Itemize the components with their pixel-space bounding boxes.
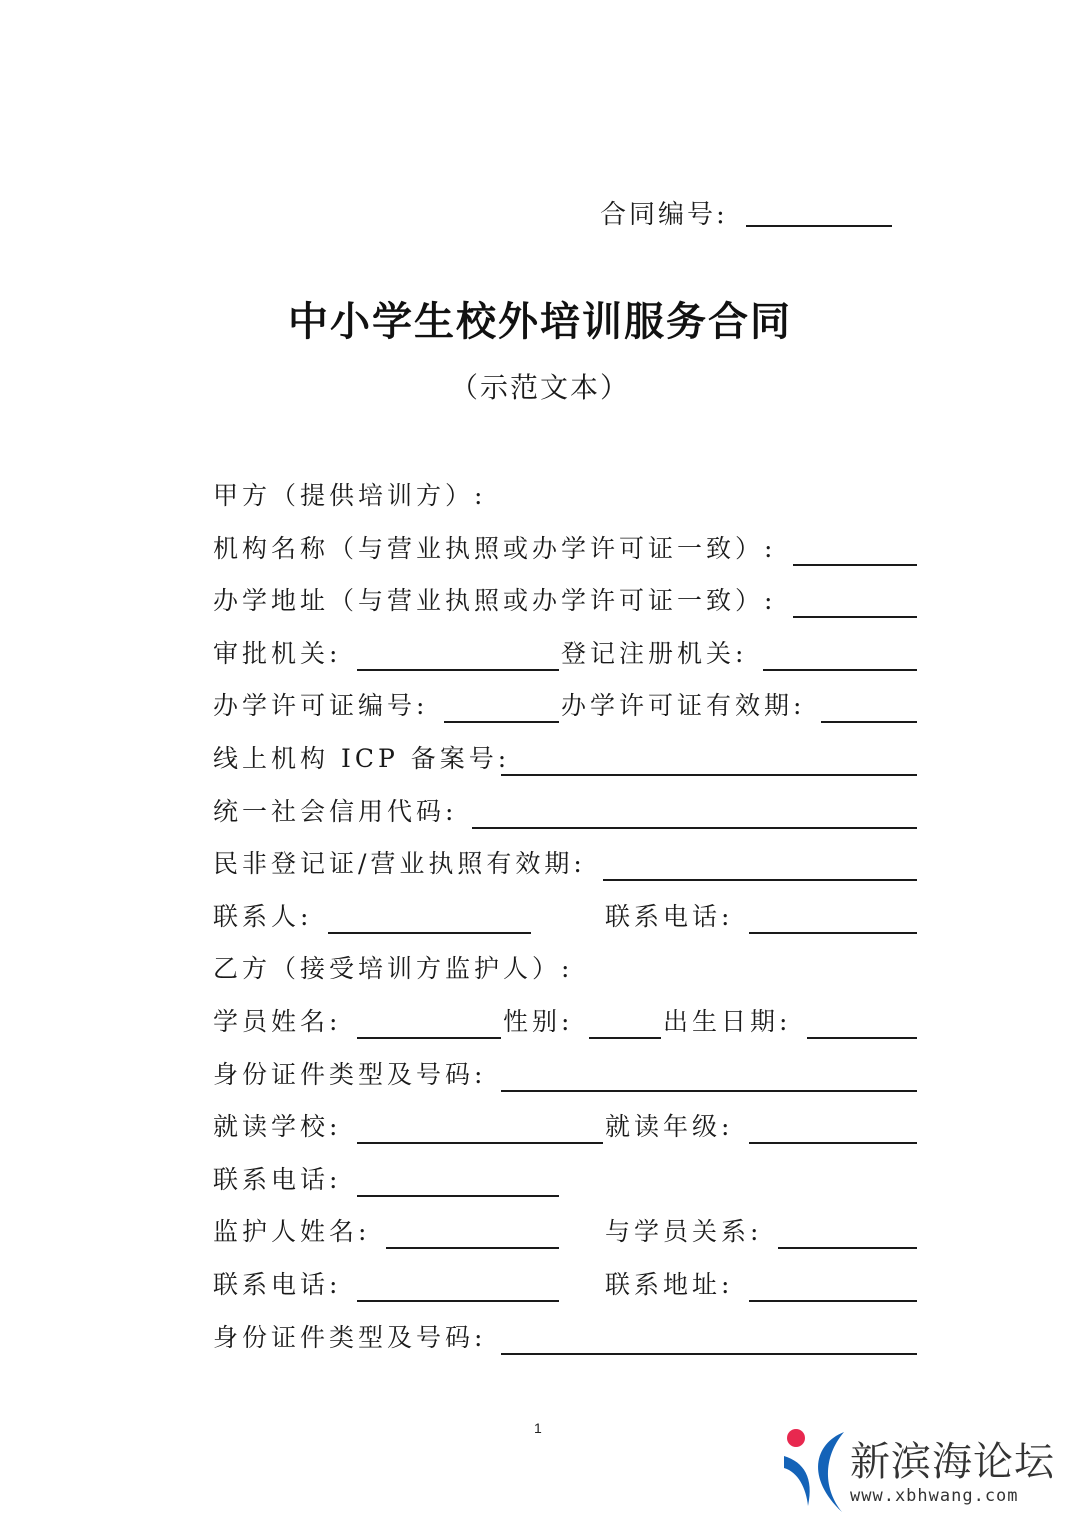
party-b-heading-row: 乙方（接受培训方监护人）: — [213, 951, 917, 1004]
grade-field[interactable] — [749, 1142, 917, 1144]
school-field[interactable] — [357, 1142, 603, 1144]
document-title: 中小学生校外培训服务合同 — [0, 290, 1080, 347]
icp-label: 线上机构 ICP 备案号: — [213, 741, 510, 777]
school-label: 就读学校: — [213, 1109, 341, 1145]
contract-number-field[interactable] — [746, 225, 892, 227]
birth-date-field[interactable] — [807, 1037, 917, 1039]
party-a-heading-row: 甲方（提供培训方）: — [213, 478, 917, 531]
registration-authority-field[interactable] — [763, 669, 917, 671]
relationship-label: 与学员关系: — [605, 1214, 762, 1250]
guardian-name-label: 监护人姓名: — [213, 1214, 370, 1250]
institution-name-label: 机构名称（与营业执照或办学许可证一致）: — [213, 531, 776, 567]
institution-name-row: 机构名称（与营业执照或办学许可证一致）: — [213, 531, 917, 584]
registration-authority-label: 登记注册机关: — [561, 636, 747, 672]
contact-phone-label: 联系电话: — [605, 899, 733, 935]
student-phone-field[interactable] — [357, 1195, 559, 1197]
guardian-id-field[interactable] — [501, 1353, 917, 1355]
license-number-field[interactable] — [444, 721, 559, 723]
guardian-row: 监护人姓名: 与学员关系: — [213, 1214, 917, 1267]
party-a-heading: 甲方（提供培训方）: — [213, 478, 486, 514]
business-license-validity-label: 民非登记证/营业执照有效期: — [213, 846, 586, 882]
birth-date-label: 出生日期: — [663, 1004, 791, 1040]
student-id-field[interactable] — [501, 1090, 917, 1092]
contract-number-label: 合同编号: — [600, 194, 728, 231]
credit-code-label: 统一社会信用代码: — [213, 794, 457, 830]
contact-person-label: 联系人: — [213, 899, 312, 935]
party-b-heading: 乙方（接受培训方监护人）: — [213, 951, 573, 987]
authority-row: 审批机关: 登记注册机关: — [213, 636, 917, 689]
license-row: 办学许可证编号: 办学许可证有效期: — [213, 688, 917, 741]
forum-logo-icon — [784, 1428, 850, 1518]
school-address-field[interactable] — [793, 616, 917, 618]
guardian-phone-label: 联系电话: — [213, 1267, 341, 1303]
page-number: 1 — [534, 1420, 542, 1436]
gender-label: 性别: — [503, 1004, 573, 1040]
party-a-contact-row: 联系人: 联系电话: — [213, 899, 917, 952]
approval-authority-field[interactable] — [357, 669, 559, 671]
icp-row: 线上机构 ICP 备案号: — [213, 741, 917, 794]
student-id-label: 身份证件类型及号码: — [213, 1057, 486, 1093]
student-basic-row: 学员姓名: 性别: 出生日期: — [213, 1004, 917, 1057]
guardian-id-label: 身份证件类型及号码: — [213, 1320, 486, 1356]
credit-code-row: 统一社会信用代码: — [213, 794, 917, 847]
student-phone-label: 联系电话: — [213, 1162, 341, 1198]
school-row: 就读学校: 就读年级: — [213, 1109, 917, 1162]
school-address-label: 办学地址（与营业执照或办学许可证一致）: — [213, 583, 776, 619]
relationship-field[interactable] — [778, 1247, 917, 1249]
student-name-label: 学员姓名: — [213, 1004, 341, 1040]
license-validity-label: 办学许可证有效期: — [561, 688, 805, 724]
guardian-address-field[interactable] — [749, 1300, 917, 1302]
contact-phone-field[interactable] — [749, 932, 917, 934]
watermark-brand: 新滨海论坛 — [850, 1430, 1055, 1487]
guardian-name-field[interactable] — [386, 1247, 559, 1249]
license-validity-field[interactable] — [821, 721, 917, 723]
guardian-contact-row: 联系电话: 联系地址: — [213, 1267, 917, 1320]
school-address-row: 办学地址（与营业执照或办学许可证一致）: — [213, 583, 917, 636]
business-license-row: 民非登记证/营业执照有效期: — [213, 846, 917, 899]
guardian-phone-field[interactable] — [357, 1300, 559, 1302]
contract-form: 甲方（提供培训方）: 机构名称（与营业执照或办学许可证一致）: 办学地址（与营业… — [213, 478, 917, 1372]
guardian-id-row: 身份证件类型及号码: — [213, 1320, 917, 1373]
icp-field[interactable] — [501, 774, 917, 776]
guardian-address-label: 联系地址: — [605, 1267, 733, 1303]
watermark-logo: 新滨海论坛 www.xbhwang.com — [784, 1428, 1074, 1518]
gender-field[interactable] — [589, 1037, 661, 1039]
license-number-label: 办学许可证编号: — [213, 688, 428, 724]
approval-authority-label: 审批机关: — [213, 636, 341, 672]
student-name-field[interactable] — [357, 1037, 501, 1039]
institution-name-field[interactable] — [793, 564, 917, 566]
watermark-url: www.xbhwang.com — [850, 1486, 1019, 1506]
student-id-row: 身份证件类型及号码: — [213, 1057, 917, 1110]
contact-person-field[interactable] — [328, 932, 531, 934]
document-subtitle: （示范文本） — [0, 366, 1080, 406]
business-license-validity-field[interactable] — [603, 879, 917, 881]
grade-label: 就读年级: — [605, 1109, 733, 1145]
contract-number: 合同编号: — [600, 194, 892, 231]
credit-code-field[interactable] — [472, 827, 917, 829]
student-phone-row: 联系电话: — [213, 1162, 917, 1215]
